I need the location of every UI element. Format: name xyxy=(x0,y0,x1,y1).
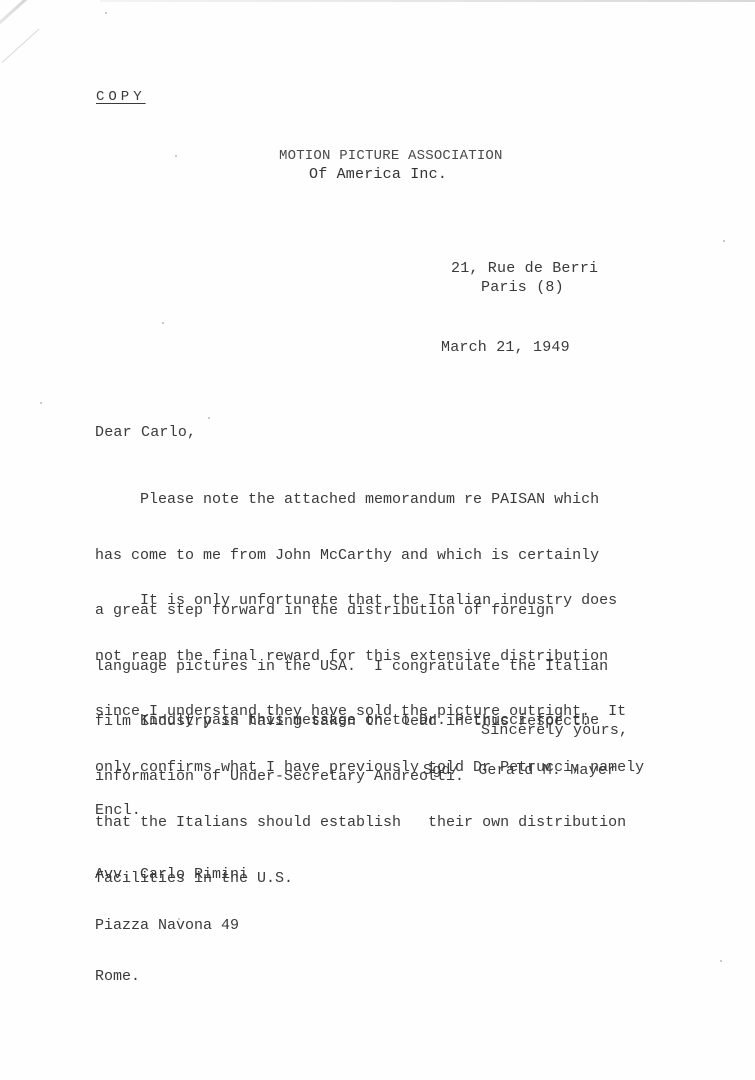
letterhead-organization: MOTION PICTURE ASSOCIATION xyxy=(279,147,503,166)
body-paragraph-3: Kindly pass this message on to Dr. Petru… xyxy=(95,675,715,823)
paper-speck xyxy=(208,417,210,419)
paper-speck xyxy=(720,960,722,962)
recipient-city: Rome. xyxy=(95,968,248,985)
sender-address-street: 21, Rue de Berri xyxy=(451,259,598,278)
copy-marker: COPY xyxy=(96,88,146,107)
letter-date: March 21, 1949 xyxy=(441,338,570,357)
paper-fold-mark-secondary xyxy=(2,29,40,63)
paper-fold-mark xyxy=(0,0,73,33)
paragraph-line: not reap the final reward for this exten… xyxy=(95,648,715,667)
paper-speck xyxy=(40,402,42,404)
paper-speck xyxy=(178,918,180,920)
paper-speck xyxy=(105,12,107,14)
recipient-address: Avv. Carlo Rimini Piazza Navona 49 Rome. xyxy=(95,832,248,1019)
recipient-name: Avv. Carlo Rimini xyxy=(95,866,248,883)
salutation: Dear Carlo, xyxy=(95,423,196,442)
paper-top-edge xyxy=(100,0,755,2)
signature: Sgd/ Gerald M. Mayer xyxy=(423,761,616,780)
paragraph-line: information of Under-Secretary Andreotti… xyxy=(95,768,715,787)
paper-speck xyxy=(162,322,164,324)
paragraph-line: It is only unfortunate that the Italian … xyxy=(95,592,715,611)
paper-speck xyxy=(175,155,177,157)
closing: Sincerely yours, xyxy=(481,721,628,740)
enclosure-note: Encl. xyxy=(95,801,141,820)
paragraph-line: Please note the attached memorandum re P… xyxy=(95,491,715,510)
recipient-street: Piazza Navona 49 xyxy=(95,917,248,934)
letter-page: COPY MOTION PICTURE ASSOCIATION Of Ameri… xyxy=(0,0,755,1080)
paper-speck xyxy=(723,240,725,242)
letterhead-organization-suffix: Of America Inc. xyxy=(309,165,447,184)
sender-address-city: Paris (8) xyxy=(481,278,564,297)
